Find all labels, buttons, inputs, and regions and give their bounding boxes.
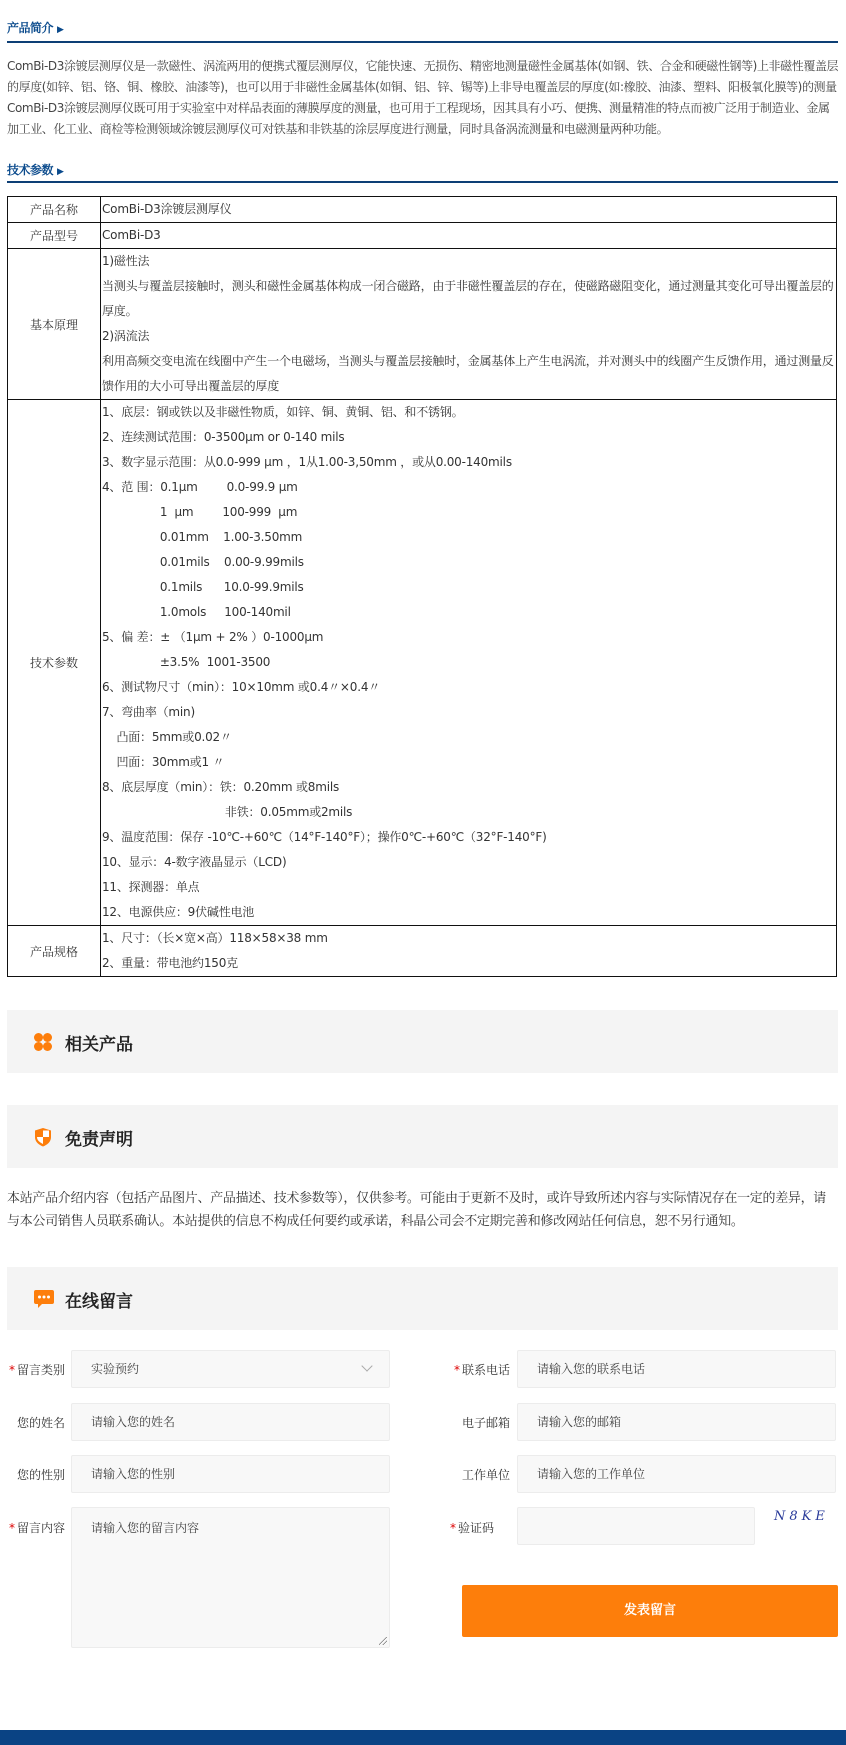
table-row: 产品规格1、尺寸：（长×宽×高）118×58×38 mm2、重量：带电池约150…	[8, 926, 837, 977]
clover-icon	[33, 1032, 53, 1052]
spec-line: 9、温度范围：保存 -10℃-+60℃（14°F-140°F）；操作0℃-+60…	[102, 825, 836, 850]
footer-bar	[0, 1730, 846, 1745]
required-mark: *	[9, 1521, 15, 1535]
required-mark: *	[9, 1363, 15, 1377]
spec-value: 1、底层：钢或铁以及非磁性物质，如锌、铜、黄铜、铝、和不锈钢。2、连续测试范围：…	[101, 400, 837, 926]
spec-line: 10、显示：4-数字液晶显示（LCD)	[102, 850, 836, 875]
intro-title-text: 产品简介	[7, 21, 53, 35]
email-placeholder: 请输入您的邮箱	[537, 1415, 621, 1429]
captcha-image[interactable]: N8KE	[774, 1509, 829, 1524]
spec-line: 2)涡流法	[102, 324, 836, 349]
spec-line: 3、数字显示范围：从0.0-999 μm ，1从1.00-3,50mm ，或从0…	[102, 450, 836, 475]
spec-line: 5、偏 差：± （1μm + 2% ）0-1000μm	[102, 625, 836, 650]
spec-key: 产品规格	[8, 926, 101, 977]
category-value: 实验预约	[91, 1362, 139, 1376]
chat-icon	[33, 1288, 55, 1310]
spec-line: 6、测试物尺寸（min）：10×10mm 或0.4〃×0.4〃	[102, 675, 836, 700]
spec-section-title: 技术参数▶	[7, 161, 63, 178]
captcha-label-text: 验证码	[458, 1521, 494, 1535]
spec-key: 基本原理	[8, 249, 101, 400]
captcha-label: *验证码	[450, 1519, 498, 1536]
disclaimer-text: 本站产品介绍内容（包括产品图片、产品描述、技术参数等），仅供参考。可能由于更新不…	[7, 1187, 837, 1233]
message-form-header: 在线留言	[7, 1267, 838, 1330]
spec-value: 1)磁性法当测头与覆盖层接触时，测头和磁性金属基体构成一闭合磁路，由于非磁性覆盖…	[101, 249, 837, 400]
company-input[interactable]: 请输入您的工作单位	[517, 1455, 836, 1493]
table-row: 产品名称ComBi-D3涂镀层测厚仪	[8, 197, 837, 223]
spec-line: 1)磁性法	[102, 249, 836, 274]
spec-key: 产品名称	[8, 197, 101, 223]
category-label: *留言类别	[5, 1361, 65, 1378]
gender-input[interactable]: 请输入您的性别	[71, 1455, 390, 1493]
submit-message-button[interactable]: 发表留言	[462, 1585, 838, 1637]
disclaimer-title: 免责声明	[65, 1125, 133, 1150]
gender-placeholder: 请输入您的性别	[91, 1467, 175, 1481]
spec-line: 12、电源供应：9伏碱性电池	[102, 900, 836, 925]
spec-line: ComBi-D3涂镀层测厚仪	[102, 197, 836, 222]
spec-line: ±3.5% 1001-3500	[102, 650, 836, 675]
spec-line: 凸面：5mm或0.02〃	[102, 725, 836, 750]
spec-line: 4、范 围：0.1μm 0.0-99.9 μm	[102, 475, 836, 500]
spec-key: 产品型号	[8, 223, 101, 249]
spec-title-text: 技术参数	[7, 163, 53, 177]
spec-line: 2、连续测试范围：0-3500μm or 0-140 mils	[102, 425, 836, 450]
spec-line: ComBi-D3	[102, 223, 836, 248]
email-input[interactable]: 请输入您的邮箱	[517, 1403, 836, 1441]
divider	[7, 41, 838, 43]
phone-label: *联系电话	[448, 1361, 510, 1378]
phone-placeholder: 请输入您的联系电话	[537, 1362, 645, 1376]
email-label: 电子邮箱	[448, 1414, 510, 1431]
spec-line: 当测头与覆盖层接触时，测头和磁性金属基体构成一闭合磁路，由于非磁性覆盖层的存在，…	[102, 274, 836, 324]
spec-line: 1.0mols 100-140mil	[102, 600, 836, 625]
name-placeholder: 请输入您的姓名	[91, 1415, 175, 1429]
spec-line: 利用高频交变电流在线圈中产生一个电磁场，当测头与覆盖层接触时，金属基体上产生电涡…	[102, 349, 836, 399]
spec-line: 8、底层厚度（min）：铁：0.20mm 或8mils	[102, 775, 836, 800]
spec-line: 0.01mils 0.00-9.99mils	[102, 550, 836, 575]
spec-line: 0.01mm 1.00-3.50mm	[102, 525, 836, 550]
resize-handle-icon[interactable]	[379, 1637, 387, 1645]
table-row: 技术参数1、底层：钢或铁以及非磁性物质，如锌、铜、黄铜、铝、和不锈钢。2、连续测…	[8, 400, 837, 926]
spec-line: 2、重量：带电池约150克	[102, 951, 836, 976]
spec-value: ComBi-D3涂镀层测厚仪	[101, 197, 837, 223]
table-row: 基本原理1)磁性法当测头与覆盖层接触时，测头和磁性金属基体构成一闭合磁路，由于非…	[8, 249, 837, 400]
related-products-header: 相关产品	[7, 1010, 838, 1073]
triangle-right-icon: ▶	[57, 25, 63, 35]
spec-line: 11、探测器：单点	[102, 875, 836, 900]
intro-section-title: 产品简介▶	[7, 19, 63, 36]
content-label-text: 留言内容	[17, 1521, 65, 1535]
spec-line: 非铁：0.05mm或2mils	[102, 800, 836, 825]
name-input[interactable]: 请输入您的姓名	[71, 1403, 390, 1441]
spec-line: 1、尺寸：（长×宽×高）118×58×38 mm	[102, 926, 836, 951]
triangle-right-icon: ▶	[57, 167, 63, 177]
phone-input[interactable]: 请输入您的联系电话	[517, 1350, 836, 1388]
intro-text: ComBi-D3涂镀层测厚仪是一款磁性、涡流两用的便携式覆层测厚仪，它能快速、无…	[7, 56, 840, 140]
phone-label-text: 联系电话	[462, 1363, 510, 1377]
name-label: 您的姓名	[5, 1414, 65, 1431]
required-mark: *	[450, 1521, 456, 1535]
shield-icon	[33, 1127, 53, 1147]
content-placeholder: 请输入您的留言内容	[91, 1521, 199, 1535]
spec-line: 凹面：30mm或1 〃	[102, 750, 836, 775]
category-label-text: 留言类别	[17, 1363, 65, 1377]
category-select[interactable]: 实验预约	[71, 1350, 390, 1388]
spec-line: 0.1mils 10.0-99.9mils	[102, 575, 836, 600]
spec-table: 产品名称ComBi-D3涂镀层测厚仪产品型号ComBi-D3基本原理1)磁性法当…	[7, 196, 837, 977]
company-placeholder: 请输入您的工作单位	[537, 1467, 645, 1481]
company-label: 工作单位	[448, 1466, 510, 1483]
divider	[7, 181, 838, 183]
spec-line: 1 μm 100-999 μm	[102, 500, 836, 525]
gender-label: 您的性别	[5, 1466, 65, 1483]
spec-line: 7、弯曲率（min)	[102, 700, 836, 725]
spec-value: 1、尺寸：（长×宽×高）118×58×38 mm2、重量：带电池约150克	[101, 926, 837, 977]
content-textarea[interactable]: 请输入您的留言内容	[71, 1507, 390, 1648]
captcha-input[interactable]	[517, 1507, 755, 1545]
table-row: 产品型号ComBi-D3	[8, 223, 837, 249]
spec-line: 1、底层：钢或铁以及非磁性物质，如锌、铜、黄铜、铝、和不锈钢。	[102, 400, 836, 425]
spec-key: 技术参数	[8, 400, 101, 926]
message-form-title: 在线留言	[65, 1287, 133, 1312]
spec-value: ComBi-D3	[101, 223, 837, 249]
disclaimer-header: 免责声明	[7, 1105, 838, 1168]
chevron-down-icon	[361, 1360, 372, 1371]
required-mark: *	[454, 1363, 460, 1377]
content-label: *留言内容	[5, 1519, 65, 1536]
related-products-title: 相关产品	[65, 1030, 133, 1055]
